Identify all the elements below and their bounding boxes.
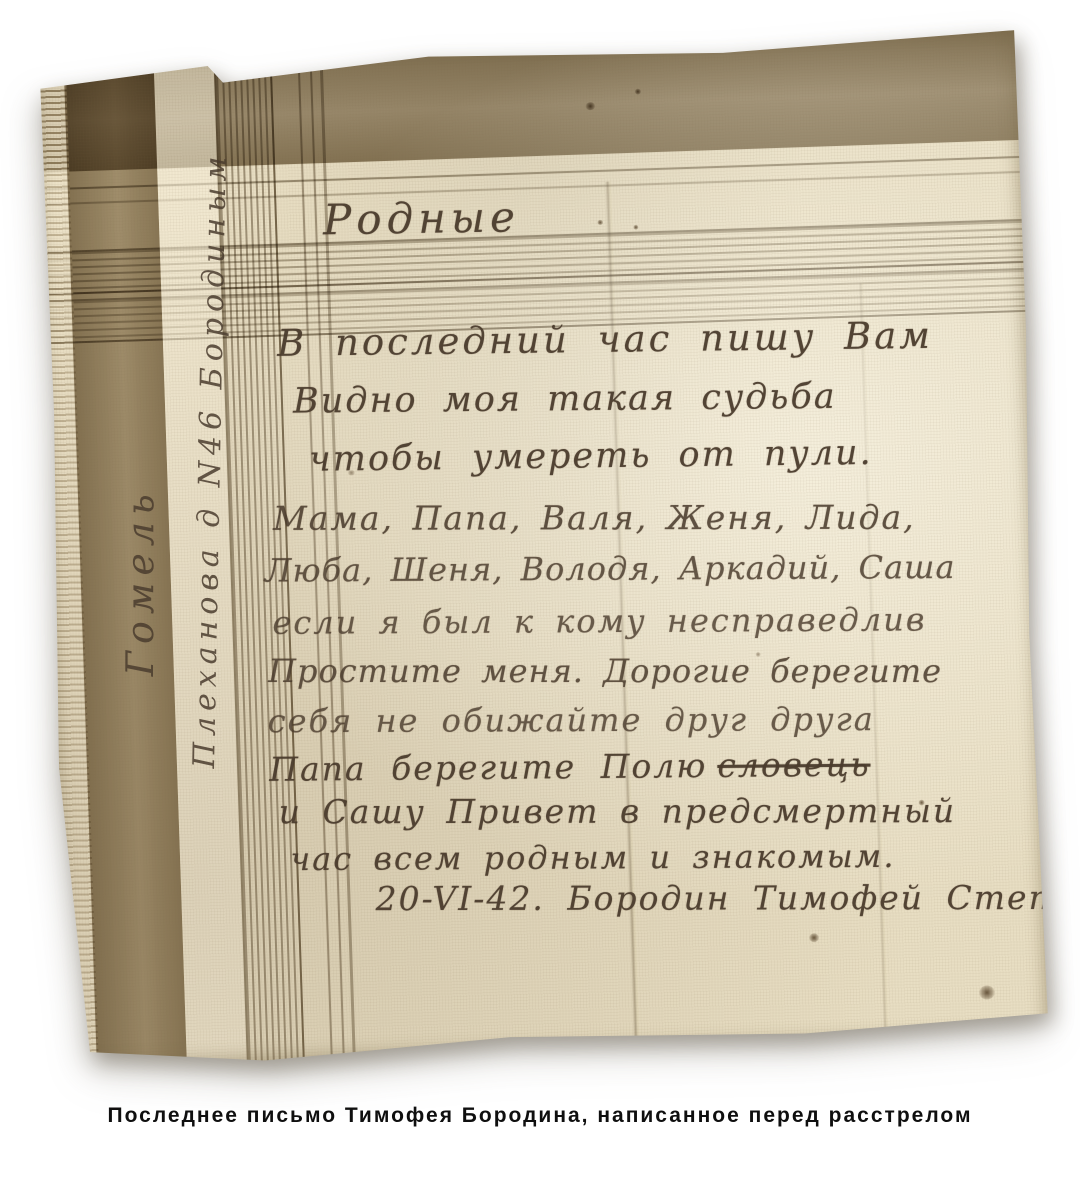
letter-line-4: Мама, Папа, Валя, Женя, Лида,: [273, 498, 916, 538]
handkerchief-letter-photo: Гомель Плеханова д N46 Бородиным Родные …: [52, 44, 1034, 1054]
photo-caption: Последнее письмо Тимофея Бородина, напис…: [0, 1104, 1080, 1128]
letter-line-7: Простите меня. Дорогие берегите: [268, 652, 942, 690]
letter-line-8: себя не обижайте друг друга: [268, 700, 875, 740]
letter-line-2: Видно моя такая судьба: [293, 377, 837, 422]
handkerchief-cloth: Гомель Плеханова д N46 Бородиным Родные …: [36, 28, 1051, 1070]
letter-line-3: чтобы умереть от пули.: [309, 433, 873, 480]
photo-page: Гомель Плеханова д N46 Бородиным Родные …: [0, 0, 1080, 1195]
ink-stain: [597, 220, 603, 225]
ink-stain: [809, 933, 819, 942]
letter-line-11: час всем родным и знакомым.: [290, 837, 895, 878]
letter-line-12: 20-VI-42. Бородин Тимофей Степ: [376, 878, 1052, 918]
letter-line-9: Папа берегите Полюсловець: [269, 745, 871, 789]
letter-line-10: и Сашу Привет в предсмертный: [279, 791, 956, 831]
letter-line-5: Люба, Шеня, Володя, Аркадий, Саша: [265, 548, 956, 590]
crossed-out-word: словець: [717, 745, 870, 785]
letter-title: Родные: [323, 192, 521, 244]
ink-stain: [979, 985, 995, 1000]
letter-line-6: если я был к кому несправедлив: [272, 600, 926, 641]
letter-line-9-text: Папа берегите Полю: [269, 746, 707, 789]
ink-stain: [633, 225, 638, 230]
letter-line-1: В последний час пишу Вам: [277, 314, 933, 365]
edge-text-city: Гомель: [118, 487, 162, 676]
